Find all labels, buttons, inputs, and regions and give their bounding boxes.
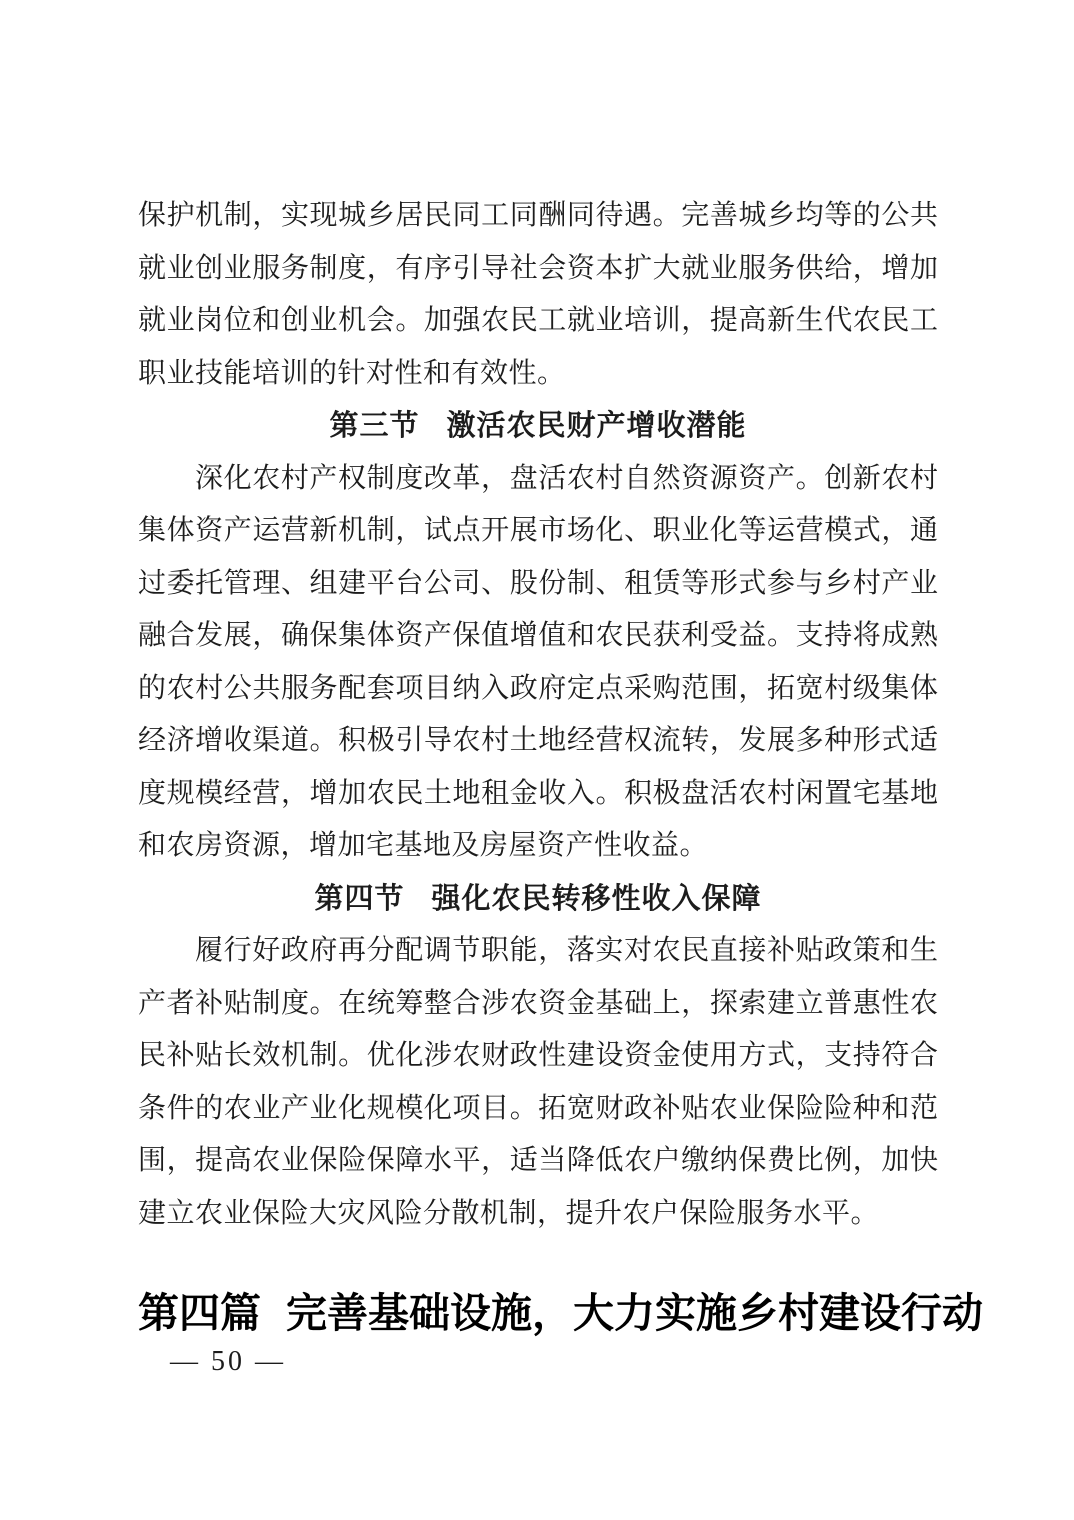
body-text-line: 产者补贴制度。在统筹整合涉农资金基础上，探索建立普惠性农 bbox=[138, 978, 938, 1031]
section-number: 第四节 bbox=[314, 883, 404, 915]
body-text-line: 民补贴长效机制。优化涉农财政性建设资金使用方式，支持符合 bbox=[138, 1030, 938, 1083]
body-text-line: 就业创业服务制度，有序引导社会资本扩大就业服务供给，增加 bbox=[138, 243, 938, 296]
page-number: — 50 — bbox=[170, 1345, 286, 1379]
section-title: 强化农民转移性收入保障 bbox=[432, 883, 762, 915]
body-text-line: 保护机制，实现城乡居民同工同酬同待遇。完善城乡均等的公共 bbox=[138, 190, 938, 243]
section-heading-3: 第三节激活农民财产增收潜能 bbox=[138, 400, 938, 453]
body-text-line: 建立农业保险大灾风险分散机制，提升农户保险服务水平。 bbox=[138, 1188, 938, 1241]
body-text-line: 就业岗位和创业机会。加强农民工就业培训，提高新生代农民工 bbox=[138, 295, 938, 348]
part-title: 完善基础设施，大力实施乡村建设行动 bbox=[286, 1290, 983, 1336]
section-heading-4: 第四节强化农民转移性收入保障 bbox=[138, 873, 938, 926]
body-text-line: 集体资产运营新机制，试点开展市场化、职业化等运营模式，通 bbox=[138, 505, 938, 558]
body-text-line: 融合发展，确保集体资产保值增值和农民获利受益。支持将成熟 bbox=[138, 610, 938, 663]
body-text-line: 的农村公共服务配套项目纳入政府定点采购范围，拓宽村级集体 bbox=[138, 663, 938, 716]
part-heading-4: 第四篇完善基础设施，大力实施乡村建设行动 bbox=[138, 1284, 1038, 1342]
body-text-line: 履行好政府再分配调节职能，落实对农民直接补贴政策和生 bbox=[138, 925, 938, 978]
body-text-line: 度规模经营，增加农民土地租金收入。积极盘活农村闲置宅基地 bbox=[138, 768, 938, 821]
document-page: 保护机制，实现城乡居民同工同酬同待遇。完善城乡均等的公共 就业创业服务制度，有序… bbox=[0, 0, 1074, 1520]
section-number: 第三节 bbox=[329, 410, 419, 442]
body-text-line: 围，提高农业保险保障水平，适当降低农户缴纳保费比例，加快 bbox=[138, 1135, 938, 1188]
body-text-line: 职业技能培训的针对性和有效性。 bbox=[138, 348, 938, 401]
part-number: 第四篇 bbox=[138, 1290, 261, 1336]
body-text-line: 经济增收渠道。积极引导农村土地经营权流转，发展多种形式适 bbox=[138, 715, 938, 768]
body-text-line: 过委托管理、组建平台公司、股份制、租赁等形式参与乡村产业 bbox=[138, 558, 938, 611]
body-text-line: 深化农村产权制度改革，盘活农村自然资源资产。创新农村 bbox=[138, 453, 938, 506]
body-text-line: 和农房资源，增加宅基地及房屋资产性收益。 bbox=[138, 820, 938, 873]
section-title: 激活农民财产增收潜能 bbox=[447, 410, 747, 442]
page-body-text: 保护机制，实现城乡居民同工同酬同待遇。完善城乡均等的公共 就业创业服务制度，有序… bbox=[138, 190, 938, 1240]
body-text-line: 条件的农业产业化规模化项目。拓宽财政补贴农业保险险种和范 bbox=[138, 1083, 938, 1136]
